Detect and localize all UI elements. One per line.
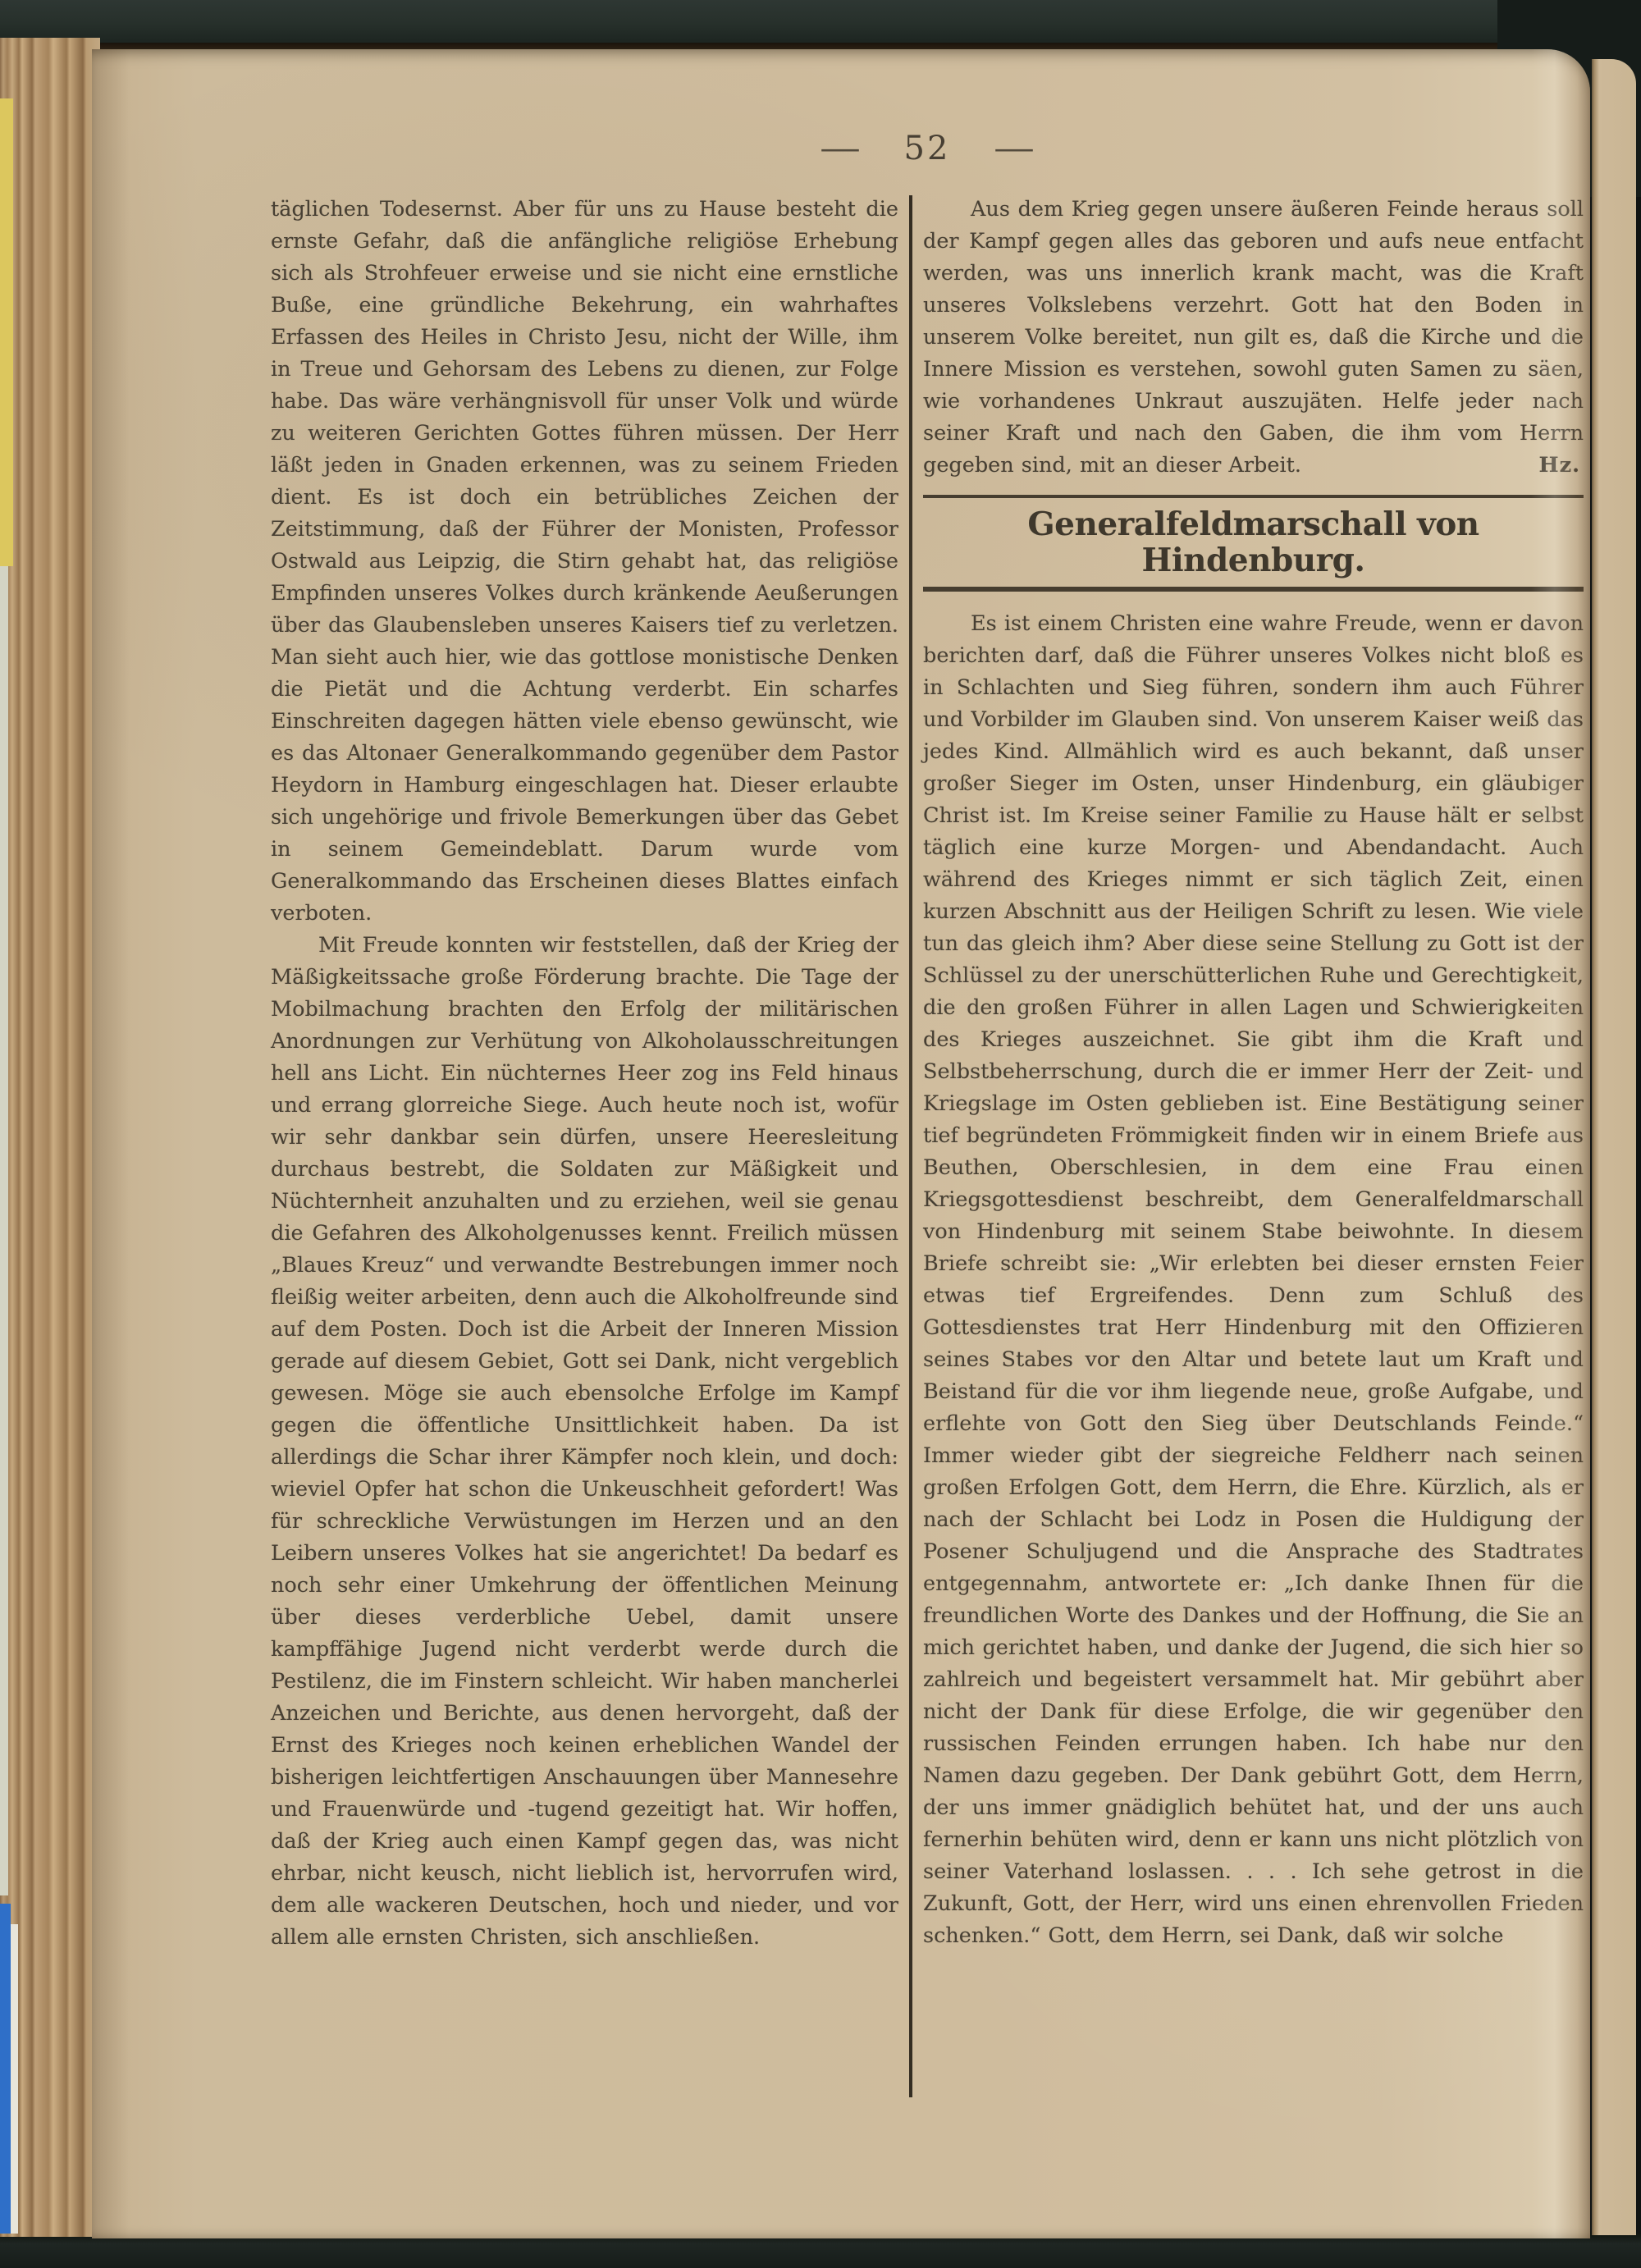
- page-number: 52: [904, 130, 951, 167]
- white-page-edge: [11, 1924, 18, 2234]
- right-column: Aus dem Krieg gegen unsere äußeren Feind…: [923, 194, 1584, 1954]
- book-scan: — 52 — täglichen Todesernst. Aber für un…: [0, 0, 1641, 2268]
- paragraph-text: Aus dem Krieg gegen unsere äußeren Feind…: [923, 197, 1584, 478]
- running-head: — 52 —: [271, 130, 1584, 167]
- text-columns: täglichen Todesernst. Aber für uns zu Ha…: [271, 194, 1584, 1954]
- heading-rule-bottom: [923, 587, 1584, 592]
- yellow-page-edge: [0, 98, 13, 566]
- section-heading-block: Generalfeldmarschall von Hindenburg.: [923, 495, 1584, 592]
- book-cover-bottom: [0, 2234, 1641, 2268]
- author-signature: Hz.: [1492, 450, 1580, 482]
- paragraph: täglichen Todesernst. Aber für uns zu Ha…: [271, 194, 898, 930]
- book-cover-top: [0, 0, 1641, 43]
- paragraph-text: Es ist einem Christen eine wahre Freude,…: [923, 611, 1584, 1948]
- section-heading: Generalfeldmarschall von Hindenburg.: [923, 503, 1584, 580]
- paragraph: Es ist einem Christen eine wahre Freude,…: [923, 608, 1584, 1952]
- stacked-page-edges: [0, 38, 100, 2237]
- heading-rule-top: [923, 495, 1584, 498]
- paragraph: Aus dem Krieg gegen unsere äußeren Feind…: [923, 194, 1584, 482]
- header-dash-left: —: [820, 130, 861, 167]
- blue-page-edge: [0, 1904, 11, 2234]
- page: — 52 — täglichen Todesernst. Aber für un…: [92, 49, 1590, 2238]
- pale-page-edge: [0, 566, 8, 1895]
- left-column: täglichen Todesernst. Aber für uns zu Ha…: [271, 194, 898, 1954]
- paragraph-text: Mit Freude konnten wir feststellen, daß …: [271, 933, 898, 1950]
- next-page-edge: [1592, 59, 1636, 2235]
- header-dash-right: —: [994, 130, 1035, 167]
- paragraph: Mit Freude konnten wir feststellen, daß …: [271, 930, 898, 1954]
- paragraph-text: täglichen Todesernst. Aber für uns zu Ha…: [271, 197, 898, 926]
